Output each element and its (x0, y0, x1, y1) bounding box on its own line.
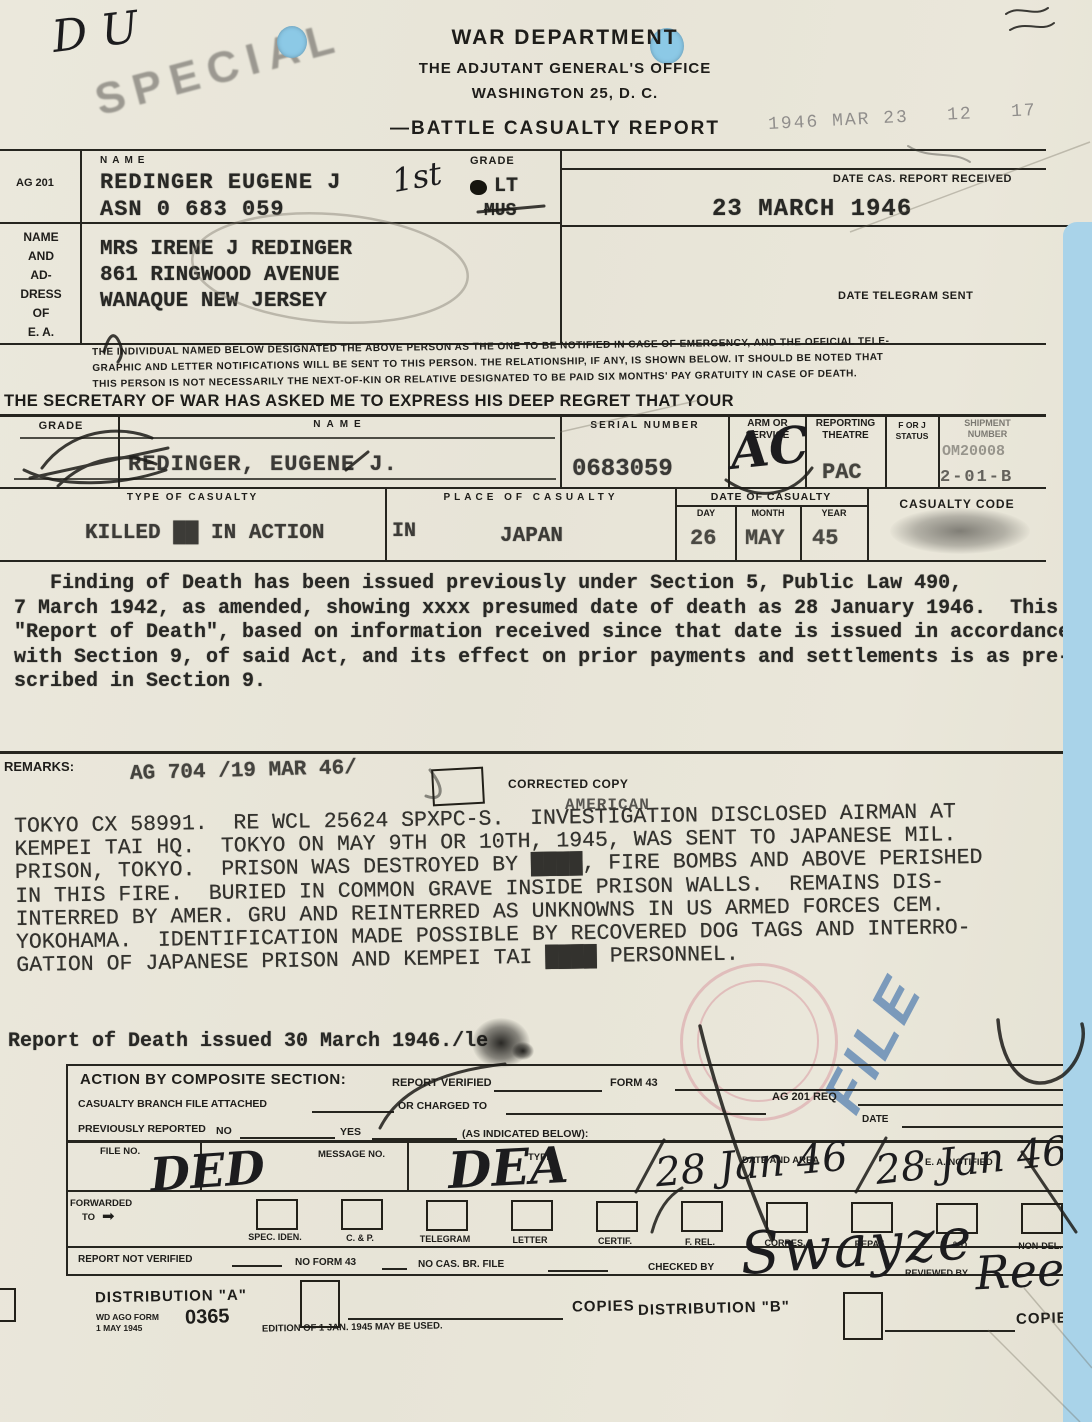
arm-service-handwritten: AC (727, 414, 811, 481)
message-block: TOKYO CX 58991. RE WCL 25624 SPXPC-S. IN… (14, 801, 984, 979)
distribution-b-label: DISTRIBUTION "B" (638, 1298, 790, 1319)
ea-label-6: E. A. (8, 325, 74, 339)
finding-line: scribed in Section 9. (14, 670, 1070, 695)
type-handwritten: DEA (447, 1135, 570, 1200)
month-value: MAY (745, 526, 785, 551)
report-of-death-line: Report of Death issued 30 March 1946./le (8, 1030, 488, 1053)
reviewed-by-label: REVIEWED BY (905, 1268, 968, 1278)
finding-line: "Report of Death", based on information … (14, 621, 1070, 646)
corrected-copy-checkbox (431, 767, 485, 807)
casualty-code-smudge (890, 508, 1030, 554)
forward-arrow-icon: ➡ (102, 1207, 115, 1225)
theatre-col-label: REPORTING (806, 418, 885, 429)
place-value: JAPAN (500, 525, 563, 548)
date-field-label: DATE (862, 1114, 888, 1125)
place-prefix-value: IN (392, 520, 416, 543)
shipment-value1: OM20008 (942, 443, 1005, 460)
regret-line: THE SECRETARY OF WAR HAS ASKED ME TO EXP… (4, 392, 734, 411)
form-date-label: 1 MAY 1945 (96, 1323, 142, 1333)
distribution-a-label: DISTRIBUTION "A" (95, 1287, 247, 1307)
checked-by-label: CHECKED BY (648, 1262, 714, 1273)
day-value: 26 (690, 526, 716, 551)
form-43-label: FORM 43 (610, 1077, 658, 1089)
shipment-value2: 2-01-B (940, 468, 1013, 487)
serial-value: 0683059 (572, 456, 673, 483)
message-no-label: MESSAGE NO. (318, 1149, 385, 1160)
forward-checkbox (256, 1199, 298, 1230)
forward-option-label: SPEC. IDEN. (235, 1232, 315, 1242)
date-telegram-label: DATE TELEGRAM SENT (838, 290, 973, 302)
ea-street-typed: 861 RINGWOOD AVENUE (100, 264, 339, 287)
year-label: YEAR (804, 508, 864, 518)
forward-checkbox (341, 1199, 383, 1230)
corner-handwriting: DU (49, 0, 155, 63)
forward-checkbox (596, 1201, 638, 1232)
received-date-stamp: 1946 MAR 23 12 17 (768, 101, 1038, 135)
ag-201-ref: AG 201 (16, 177, 54, 189)
report-not-verified-label: REPORT NOT VERIFIED (78, 1254, 192, 1265)
ea-label-5: OF (8, 306, 74, 320)
no-label: NO (216, 1125, 232, 1137)
ea-name-typed: MRS IRENE J REDINGER (100, 238, 352, 261)
red-circular-stamp-inner (697, 980, 819, 1102)
forward-option-label: CERTIF. (575, 1236, 655, 1246)
punch-hole (277, 26, 307, 58)
shipment-col-label: SHIPMENT (940, 418, 1035, 428)
file-no-label: FILE NO. (100, 1146, 140, 1157)
distribution-b-checkbox (843, 1292, 883, 1340)
yes-label: YES (340, 1126, 361, 1138)
form-id-label: WD AGO FORM (96, 1312, 159, 1322)
name-value: REDINGER, EUGENE J. (128, 452, 398, 477)
theatre-value: PAC (822, 460, 862, 485)
status-col-label: F OR J (886, 420, 938, 430)
type-casualty-value: KILLED ██ IN ACTION (85, 522, 324, 545)
branch-attached-label: CASUALTY BRANCH FILE ATTACHED (78, 1098, 267, 1110)
or-charged-label: OR CHARGED TO (398, 1100, 487, 1112)
finding-paragraph: Finding of Death has been issued previou… (14, 572, 1070, 695)
no-form-43-label: NO FORM 43 (295, 1257, 356, 1268)
remarks-label: REMARKS: (4, 759, 74, 774)
grade-col-label: GRADE (6, 420, 116, 432)
forward-option-label: LETTER (490, 1235, 570, 1245)
date-area-handwritten: 28 Jan 46 (653, 1134, 849, 1197)
header-city: WASHINGTON 25, D. C. (330, 85, 800, 102)
ea-label-3: AD- (8, 268, 74, 282)
casualty-asn-typed: ASN 0 683 059 (100, 197, 285, 222)
scanner-background (1063, 222, 1092, 1422)
month-label: MONTH (737, 508, 799, 518)
ea-label-4: DRESS (8, 287, 74, 301)
remarks-value: AG 704 /19 MAR 46/ (130, 757, 357, 786)
fingerprint-smudge-small (512, 1042, 534, 1060)
status-col-label2: STATUS (886, 431, 938, 441)
serial-col-label: SERIAL NUMBER (562, 420, 728, 431)
grade-field-label: GRADE (470, 155, 515, 167)
day-label: DAY (678, 508, 734, 518)
form-title: —BATTLE CASUALTY REPORT (320, 118, 790, 140)
copies-a-label: COPIES (572, 1297, 635, 1315)
forward-checkbox (681, 1201, 723, 1232)
no-cas-br-file-label: NO CAS. BR. FILE (418, 1259, 504, 1270)
forward-checkbox (426, 1200, 468, 1231)
place-casualty-label: PLACE OF CASUALTY (395, 492, 667, 503)
date-casualty-label: DATE OF CASUALTY (676, 491, 866, 503)
forward-checkbox (1021, 1203, 1063, 1234)
ea-label-2: AND (8, 249, 74, 263)
composite-title: ACTION BY COMPOSITE SECTION: (80, 1071, 346, 1088)
ea-city-typed: WANAQUE NEW JERSEY (100, 290, 327, 313)
casualty-name-typed: REDINGER EUGENE J (100, 170, 341, 195)
grade-typed: LT (494, 175, 518, 198)
finding-line: with Section 9, of said Act, and its eff… (14, 646, 1070, 671)
date-cas-received-label: DATE CAS. REPORT RECEIVED (700, 173, 1012, 185)
ink-blot (470, 180, 487, 195)
ea-label-1: NAME (8, 230, 74, 244)
type-casualty-label: TYPE OF CASUALTY (80, 492, 305, 503)
distribution-a-checkbox (300, 1280, 340, 1328)
year-value: 45 (812, 526, 838, 551)
scanned-document: DU SPECIAL WAR DEPARTMENT THE ADJUTANT G… (0, 0, 1092, 1422)
file-no-handwritten: DED (148, 1140, 266, 1202)
grade-struck: MUS (484, 201, 516, 221)
report-verified-label: REPORT VERIFIED (392, 1077, 492, 1089)
name-col-label: NAME (120, 419, 560, 430)
name-field-label: NAME (100, 155, 149, 166)
forward-checkbox (511, 1200, 553, 1231)
left-edge-checkbox (0, 1288, 16, 1322)
ea-notified-handwritten: 28 Jan 46 (873, 1128, 1070, 1194)
theatre-col-label2: THEATRE (806, 430, 885, 441)
header-office: THE ADJUTANT GENERAL'S OFFICE (330, 60, 800, 77)
form-number: 0365 (185, 1305, 230, 1330)
date-cas-received-value: 23 MARCH 1946 (712, 196, 912, 223)
grade-handwritten: 1st (389, 154, 444, 200)
forward-option-label: C. & P. (320, 1233, 400, 1243)
forwarded-to-label: TO (82, 1212, 95, 1223)
header-department: WAR DEPARTMENT (330, 26, 800, 50)
edition-note: EDITION OF 1 JAN. 1945 MAY BE USED. (262, 1320, 443, 1334)
previously-reported-label: PREVIOUSLY REPORTED (78, 1123, 206, 1135)
shipment-col-label2: NUMBER (940, 429, 1035, 439)
forward-option-label: TELEGRAM (405, 1234, 485, 1244)
finding-line: Finding of Death has been issued previou… (14, 572, 1070, 597)
finding-line: 7 March 1942, as amended, showing xxxx p… (14, 597, 1070, 622)
forward-option-label: F. REL. (660, 1237, 740, 1247)
corrected-copy-label: CORRECTED COPY (508, 777, 628, 791)
ag-201-req-label: AG 201 REQ (772, 1091, 837, 1103)
